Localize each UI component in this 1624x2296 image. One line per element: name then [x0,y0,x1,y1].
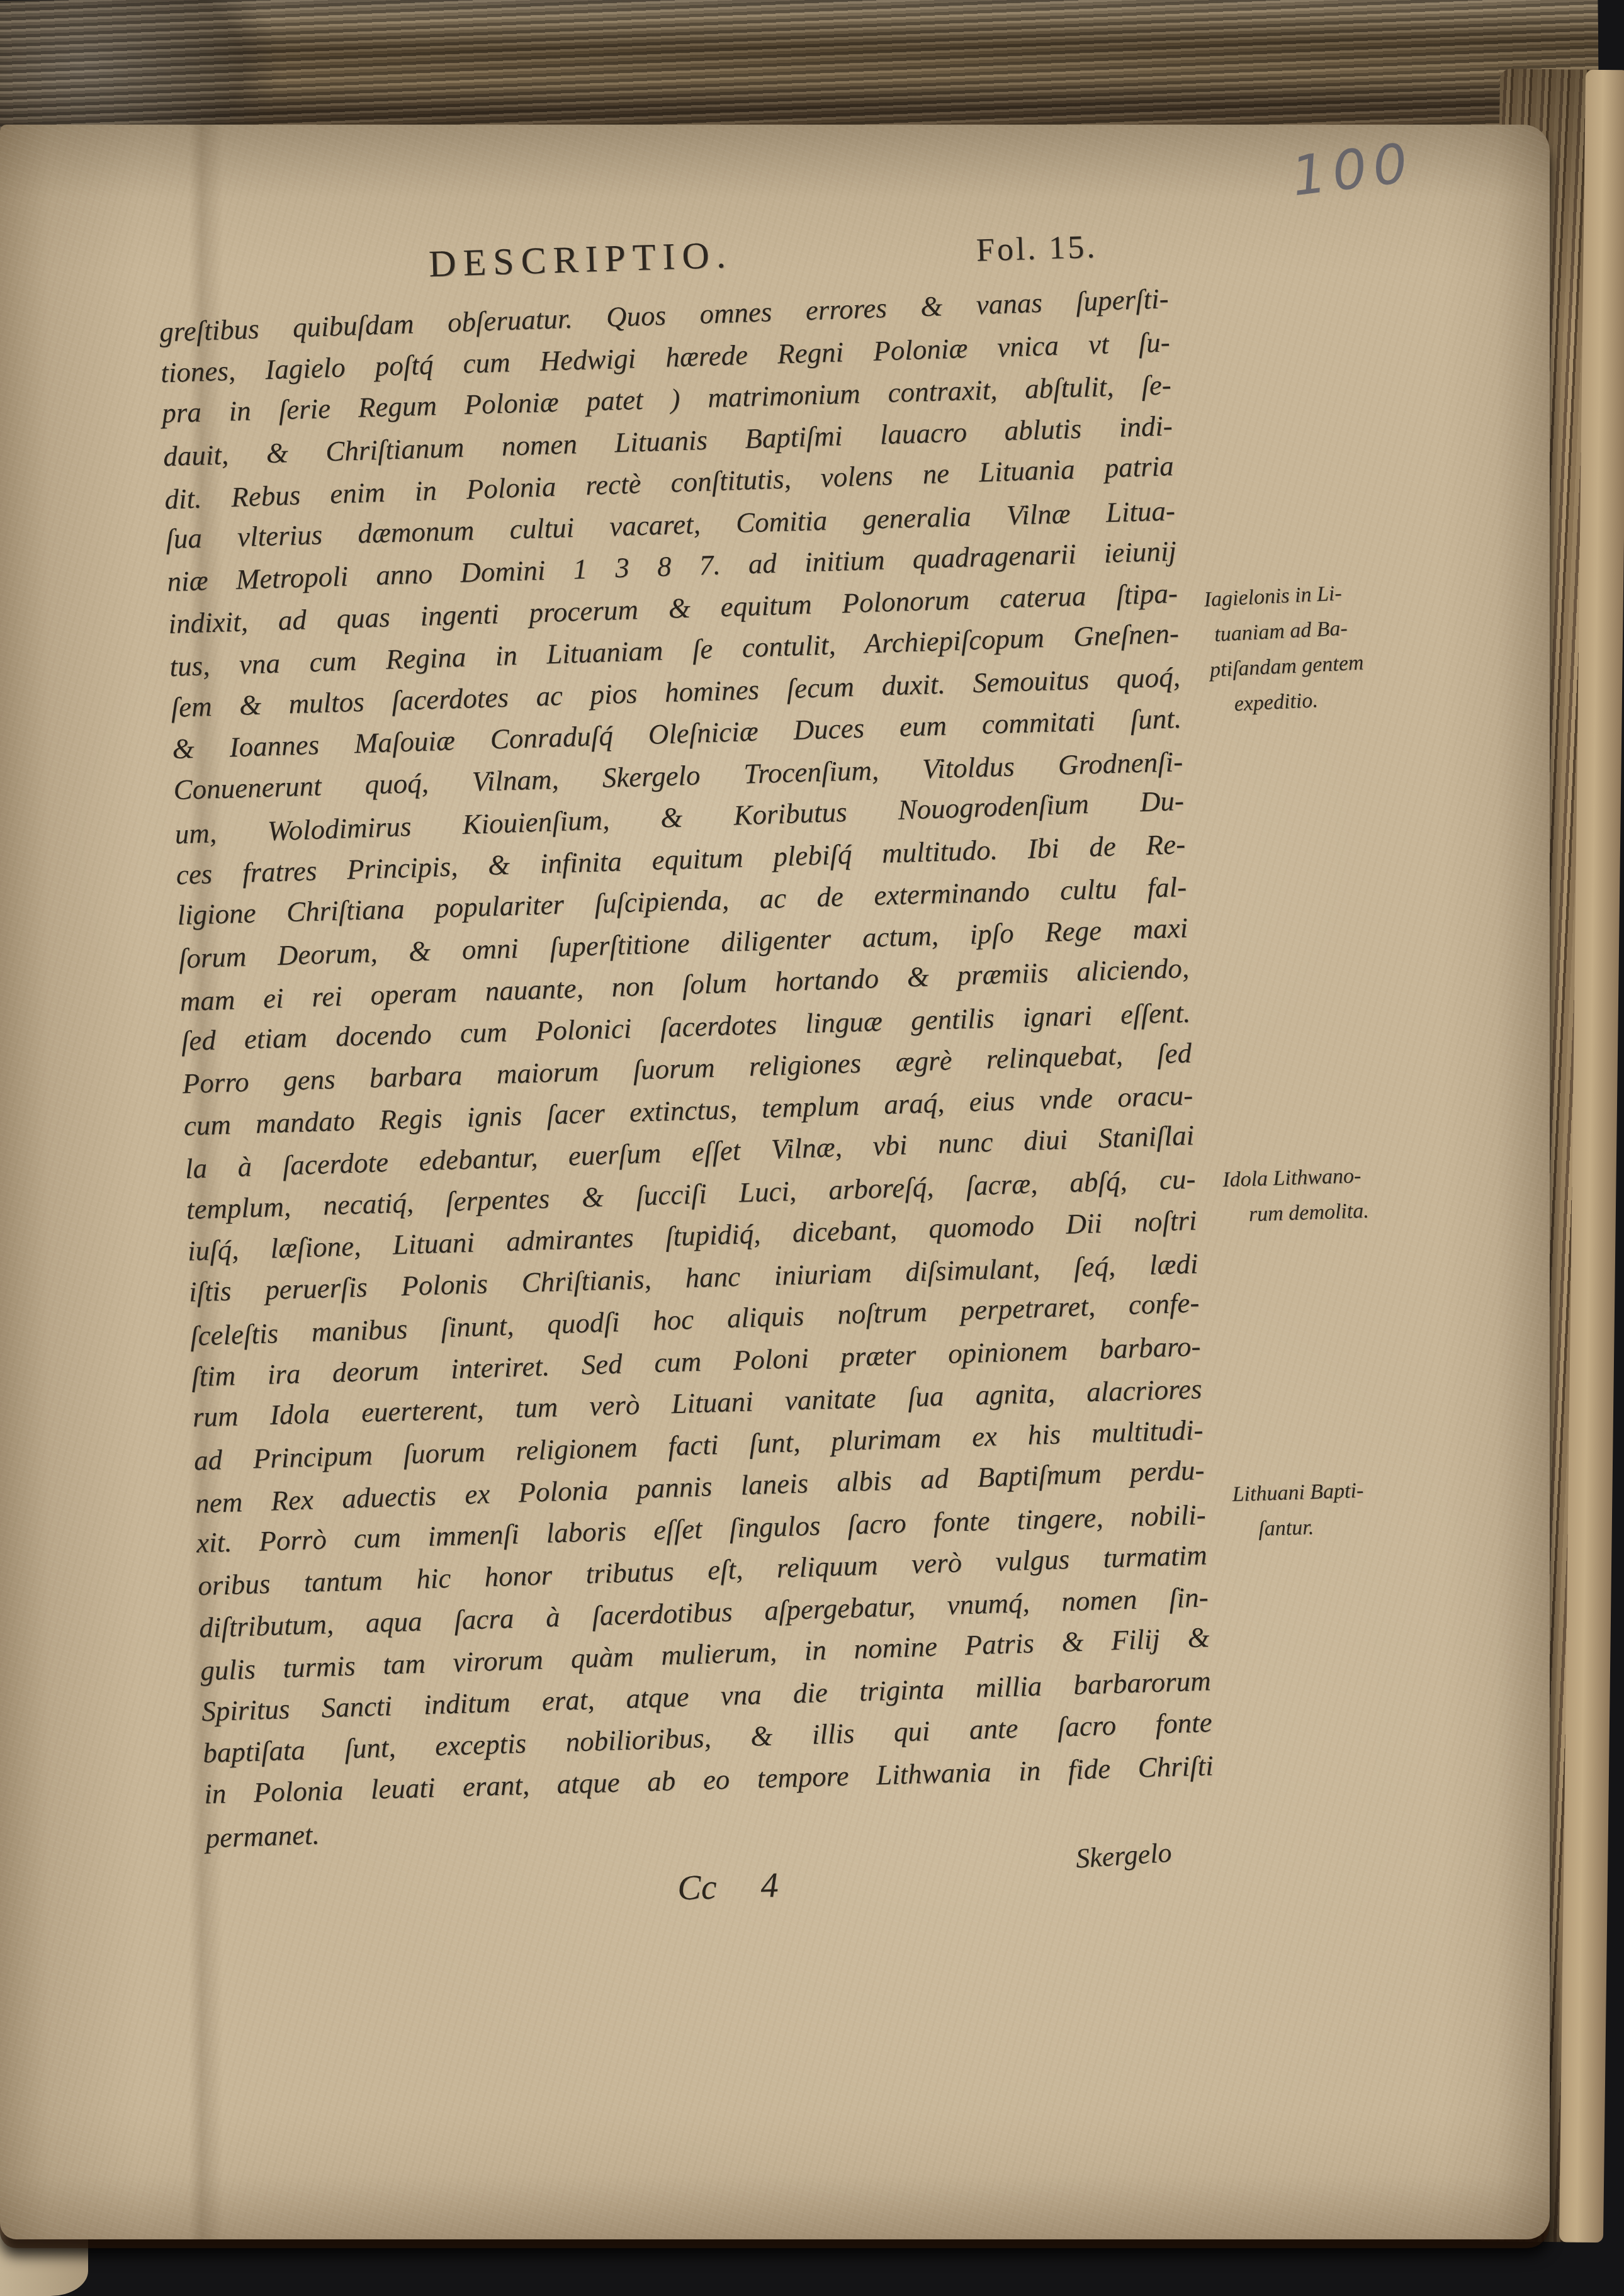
body-text-block: greſtibus quibuſdam obſeruatur. Quos omn… [159,279,1215,1857]
printed-area: DESCRIPTIO. Fol. 15. greſtibus quibuſdam… [0,103,1584,2265]
book-page: 100 DESCRIPTIO. Fol. 15. greſtibus quibu… [0,125,1550,2239]
folio-number-label: Fol. 15. [976,228,1098,269]
catchword: Skergelo [1074,1837,1172,1875]
running-title: DESCRIPTIO. [428,232,782,286]
margin-note-line: rum demolita. [1223,1190,1489,1234]
margin-note-line: ſantur. [1232,1504,1498,1548]
margin-note-idola-demolita: Idola Lithwano-rum demolita. [1222,1155,1488,1234]
gathering-signature-mark: Cc 4 [677,1865,779,1908]
margin-note-lithuani-baptisantur: Lithuani Bapti-ſantur. [1232,1469,1498,1548]
scanned-book-photo: { "page": { "handwritten_folio_number": … [0,0,1624,2296]
margin-note-expeditio: Iagielonis in Li-tuaniam ad Ba-ptiſandam… [1203,570,1474,723]
